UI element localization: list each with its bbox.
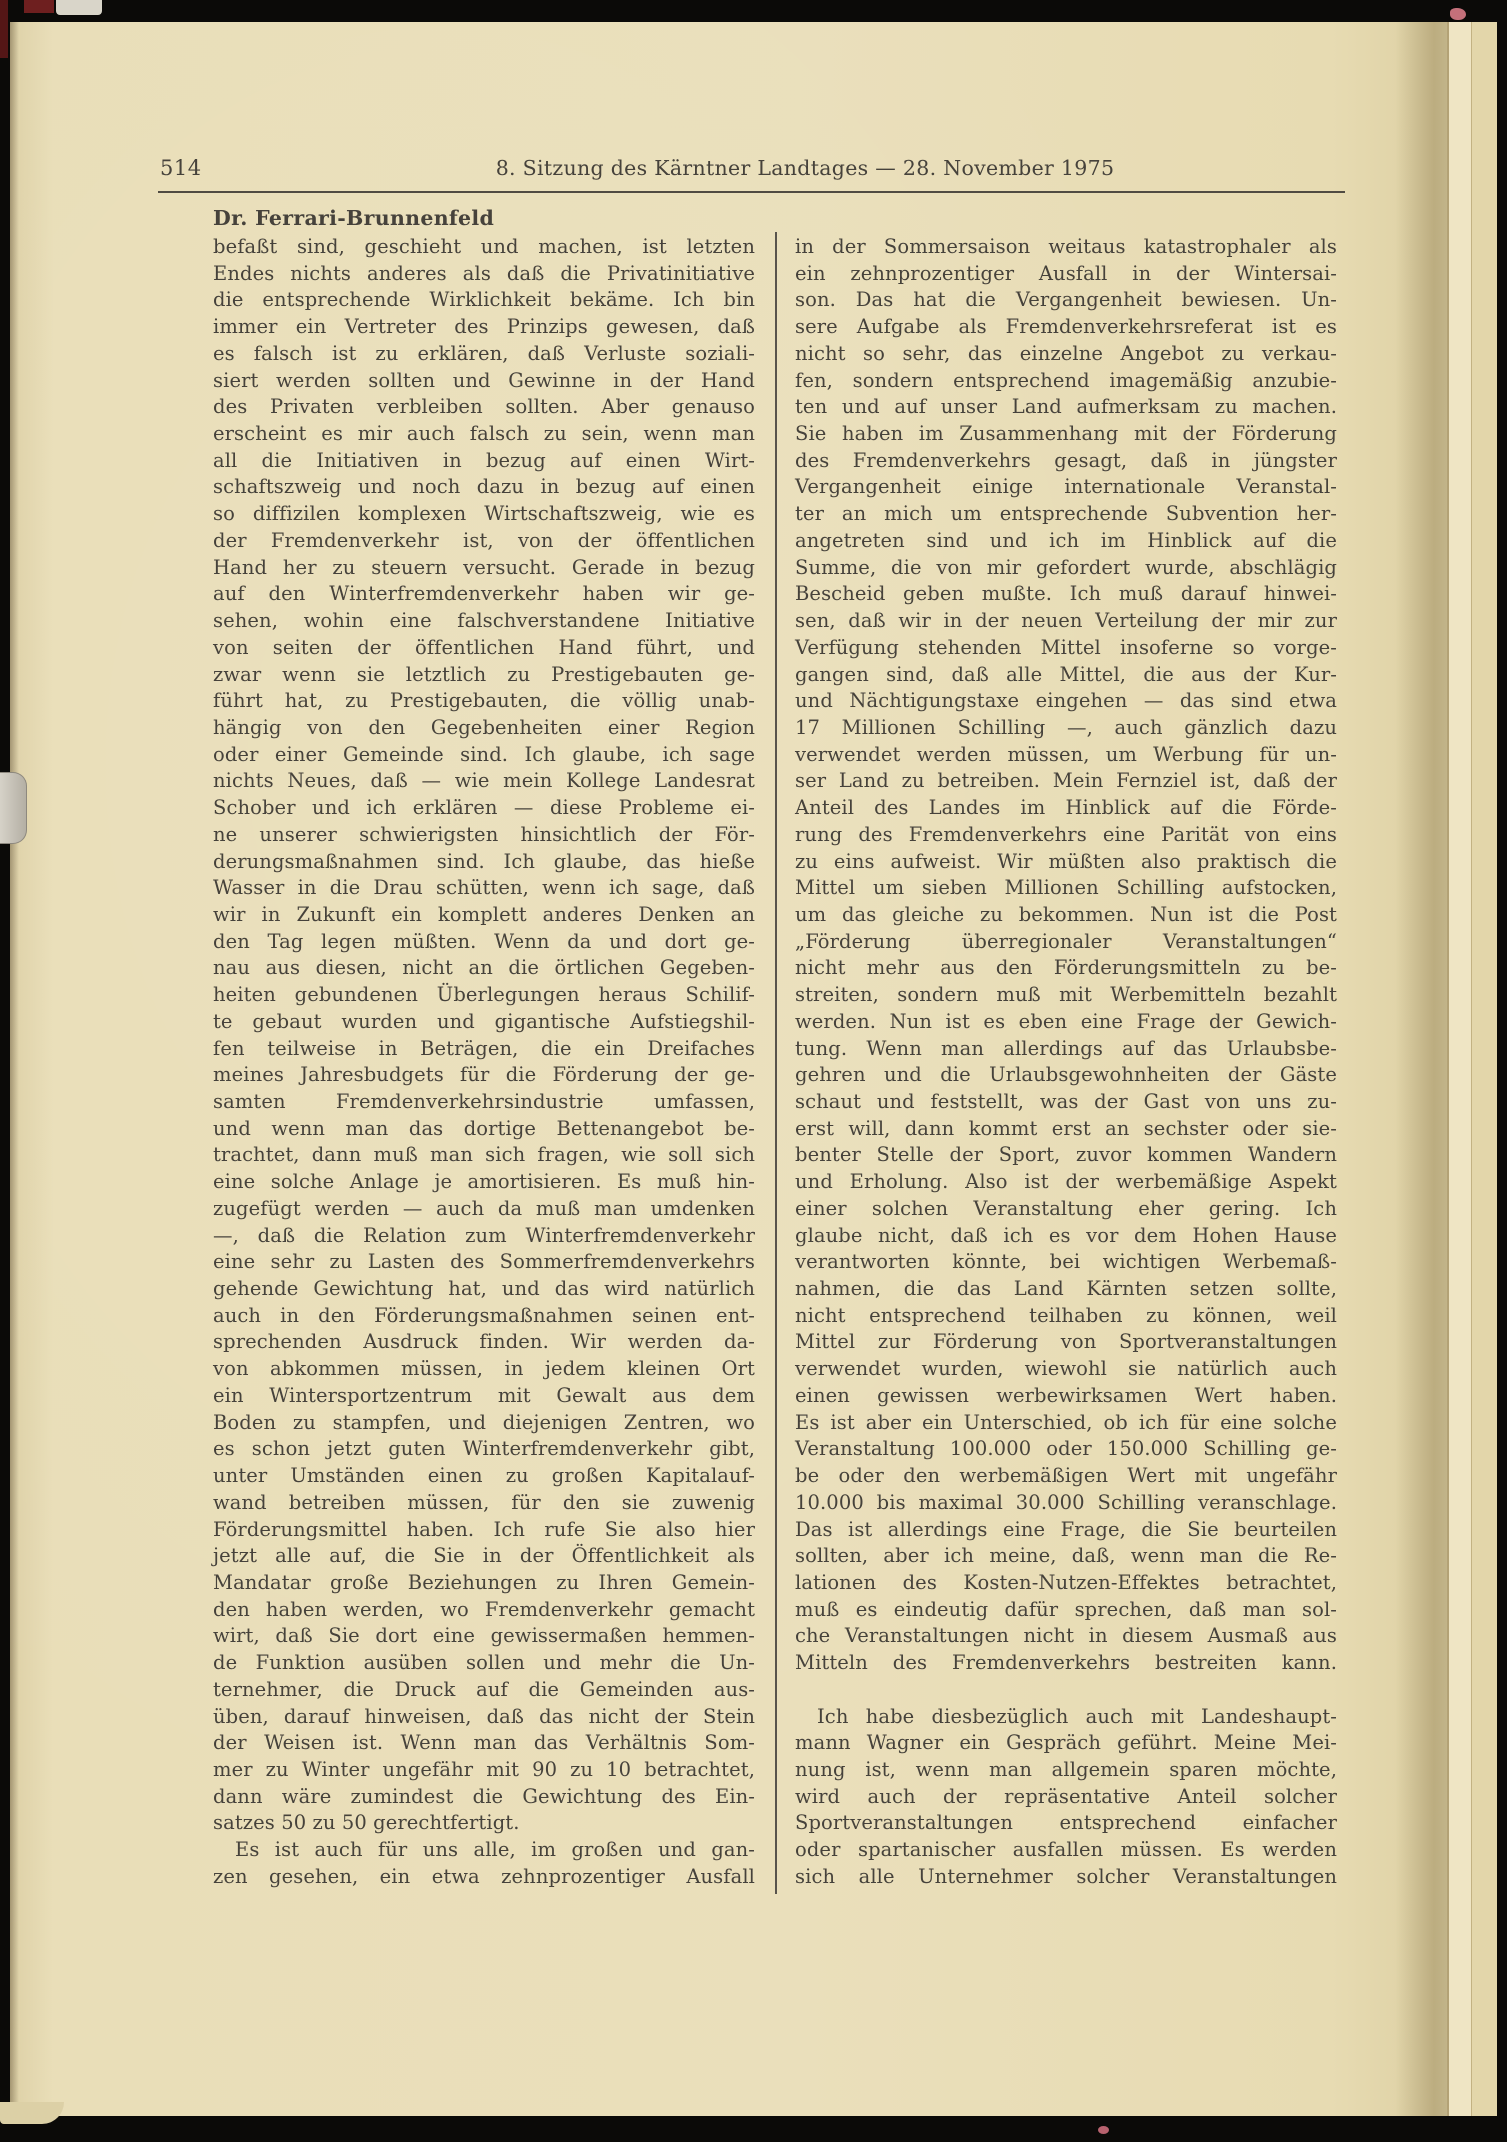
text-line: sprechenden Ausdruck finden. Wir werden … — [213, 1329, 755, 1356]
text-line: nicht entsprechend teilhaben zu können, … — [795, 1303, 1337, 1330]
text-line: wand betreiben müssen, für den sie zuwen… — [213, 1490, 755, 1517]
text-line: auf den Winterfremdenverkehr haben wir g… — [213, 581, 755, 608]
text-line: sollten, aber ich meine, daß, wenn man d… — [795, 1543, 1337, 1570]
text-line: nicht so sehr, das einzelne Angebot zu v… — [795, 341, 1337, 368]
text-line: mer zu Winter ungefähr mit 90 zu 10 betr… — [213, 1757, 755, 1784]
text-line: ne unserer schwierigsten hinsichtlich de… — [213, 822, 755, 849]
text-line: und Erholung. Also ist der werbemäßige A… — [795, 1169, 1337, 1196]
text-line: nung ist, wenn man allgemein sparen möch… — [795, 1757, 1337, 1784]
text-line: so diffizilen komplexen Wirtschaftszweig… — [213, 501, 755, 528]
text-line: „Förderung überregionaler Veranstaltunge… — [795, 929, 1337, 956]
page-edge-stack — [1447, 0, 1473, 2142]
text-line: wirt, daß Sie dort eine gewissermaßen he… — [213, 1623, 755, 1650]
text-line: derungsmaßnahmen sind. Ich glaube, das h… — [213, 849, 755, 876]
text-line: be oder den werbemäßigen Wert mit ungefä… — [795, 1463, 1337, 1490]
text-line: einen gewissen werbewirksamen Wert haben… — [795, 1383, 1337, 1410]
scan-background-bottom — [0, 2116, 1507, 2142]
text-line: den haben werden, wo Fremdenverkehr gema… — [213, 1597, 755, 1624]
text-line: gehende Gewichtung hat, und das wird nat… — [213, 1276, 755, 1303]
column-divider — [775, 232, 777, 1894]
text-line: oder einer Gemeinde sind. Ich glaube, ic… — [213, 742, 755, 769]
text-line: wir in Zukunft ein komplett anderes Denk… — [213, 902, 755, 929]
text-line: Schober und ich erklären — diese Problem… — [213, 795, 755, 822]
text-line: all die Initiativen in bezug auf einen W… — [213, 448, 755, 475]
text-line: führt hat, zu Prestigebauten, die völlig… — [213, 688, 755, 715]
text-line: nahmen, die das Land Kärnten setzen soll… — [795, 1276, 1337, 1303]
text-line: te gebaut wurden und gigantische Aufstie… — [213, 1009, 755, 1036]
text-line: meines Jahresbudgets für die Förderung d… — [213, 1062, 755, 1089]
text-line: ter an mich um entsprechende Subvention … — [795, 501, 1337, 528]
text-line: erst will, dann kommt erst an sechster o… — [795, 1116, 1337, 1143]
text-line: angetreten sind und ich im Hinblick auf … — [795, 528, 1337, 555]
text-line: dann wäre zumindest die Gewichtung des E… — [213, 1784, 755, 1811]
text-line: streiten, sondern muß mit Werbemitteln b… — [795, 982, 1337, 1009]
text-line: Bescheid geben mußte. Ich muß darauf hin… — [795, 581, 1337, 608]
text-line: zen gesehen, ein etwa zehnprozentiger Au… — [213, 1864, 755, 1891]
text-line: Mandatar große Beziehungen zu Ihren Geme… — [213, 1570, 755, 1597]
text-line: Sportveranstaltungen entsprechend einfac… — [795, 1810, 1337, 1837]
binding-clip — [0, 772, 27, 844]
text-line: in der Sommersaison weitaus katastrophal… — [795, 234, 1337, 261]
text-line: Endes nichts anderes als daß die Privati… — [213, 261, 755, 288]
text-line: unter Umständen einen zu großen Kapitala… — [213, 1463, 755, 1490]
text-line: ser Land zu betreiben. Mein Fernziel ist… — [795, 768, 1337, 795]
text-line: ten und auf unser Land aufmerksam zu mac… — [795, 394, 1337, 421]
text-line: Summe, die von mir gefordert wurde, absc… — [795, 555, 1337, 582]
text-line: benter Stelle der Sport, zuvor kommen Wa… — [795, 1142, 1337, 1169]
paper-speck — [1098, 2126, 1109, 2134]
text-line: gehren und die Urlaubsgewohnheiten der G… — [795, 1062, 1337, 1089]
scan-background-top — [0, 0, 1507, 22]
text-line: tung. Wenn man allerdings auf das Urlaub… — [795, 1036, 1337, 1063]
text-line: Ich habe diesbezüglich auch mit Landesha… — [795, 1704, 1337, 1731]
session-header: 8. Sitzung des Kärntner Landtages — 28. … — [485, 156, 1125, 180]
text-line: nicht mehr aus den Förderungsmitteln zu … — [795, 955, 1337, 982]
text-line: Förderungsmittel haben. Ich rufe Sie als… — [213, 1517, 755, 1544]
text-line: siert werden sollten und Gewinne in der … — [213, 368, 755, 395]
text-line: den Tag legen müßten. Wenn da und dort g… — [213, 929, 755, 956]
text-line: zugefügt werden — auch da muß man umdenk… — [213, 1196, 755, 1223]
paper-speck — [1450, 8, 1466, 20]
text-line: heiten gebundenen Überlegungen heraus Sc… — [213, 982, 755, 1009]
text-line: Es ist auch für uns alle, im großen und … — [213, 1837, 755, 1864]
text-line: verwendet wurden, wiewohl sie natürlich … — [795, 1356, 1337, 1383]
binding-edge-fragment — [0, 0, 8, 58]
text-line: schaut und feststellt, was der Gast von … — [795, 1089, 1337, 1116]
text-line: die entsprechende Wirklichkeit bekäme. I… — [213, 287, 755, 314]
text-line: rung des Fremdenverkehrs eine Parität vo… — [795, 822, 1337, 849]
text-line: de Funktion ausüben sollen und mehr die … — [213, 1650, 755, 1677]
text-line: wird auch der repräsentative Anteil solc… — [795, 1784, 1337, 1811]
text-line: von abkommen müssen, in jedem kleinen Or… — [213, 1356, 755, 1383]
text-line: Anteil des Landes im Hinblick auf die Fö… — [795, 795, 1337, 822]
text-line: trachtet, dann muß man sich fragen, wie … — [213, 1142, 755, 1169]
text-line: ternehmer, die Druck auf die Gemeinden a… — [213, 1677, 755, 1704]
text-line: auch in den Förderungsmaßnahmen seinen e… — [213, 1303, 755, 1330]
text-line: hängig von den Gegebenheiten einer Regio… — [213, 715, 755, 742]
scanned-page: 514 8. Sitzung des Kärntner Landtages — … — [10, 22, 1447, 2142]
text-line: zwar wenn sie letztlich zu Prestigebaute… — [213, 662, 755, 689]
text-line: sen, daß wir in der neuen Verteilung der… — [795, 608, 1337, 635]
text-line: Wasser in die Drau schütten, wenn ich sa… — [213, 875, 755, 902]
text-line: zu eins aufweist. Wir müßten also prakti… — [795, 849, 1337, 876]
text-line: und wenn man das dortige Bettenangebot b… — [213, 1116, 755, 1143]
text-line: jetzt alle auf, die Sie in der Öffentlic… — [213, 1543, 755, 1570]
text-line: glaube nicht, daß ich es vor dem Hohen H… — [795, 1223, 1337, 1250]
text-line: ein zehnprozentiger Ausfall in der Winte… — [795, 261, 1337, 288]
text-line: 10.000 bis maximal 30.000 Schilling vera… — [795, 1490, 1337, 1517]
paper-left-shadow — [10, 22, 19, 2142]
text-line: eine sehr zu Lasten des Sommerfremdenver… — [213, 1249, 755, 1276]
page-number: 514 — [160, 156, 202, 180]
text-line: Mittel um sieben Millionen Schilling auf… — [795, 875, 1337, 902]
text-line: gangen sind, daß alle Mittel, die aus de… — [795, 662, 1337, 689]
text-line: mann Wagner ein Gespräch geführt. Meine … — [795, 1730, 1337, 1757]
text-line: sehen, wohin eine falschverstandene Init… — [213, 608, 755, 635]
text-line: fen teilweise in Beträgen, die ein Dreif… — [213, 1036, 755, 1063]
text-line: Veranstaltung 100.000 oder 150.000 Schil… — [795, 1436, 1337, 1463]
scan-background-right — [1497, 0, 1507, 2142]
text-line: des Privaten verbleiben sollten. Aber ge… — [213, 394, 755, 421]
text-line: Vergangenheit einige internationale Vera… — [795, 474, 1337, 501]
text-line: ein Wintersportzentrum mit Gewalt aus de… — [213, 1383, 755, 1410]
text-line: immer ein Vertreter des Prinzips gewesen… — [213, 314, 755, 341]
speaker-name: Dr. Ferrari-Brunnenfeld — [213, 206, 494, 230]
text-line: der Fremdenverkehr ist, von der öffentli… — [213, 528, 755, 555]
text-line: verantworten könnte, bei wichtigen Werbe… — [795, 1249, 1337, 1276]
text-line: sich alle Unternehmer solcher Veranstalt… — [795, 1864, 1337, 1891]
text-line: fen, sondern entsprechend imagemäßig anz… — [795, 368, 1337, 395]
header-rule — [158, 191, 1345, 193]
text-line: Boden zu stampfen, und diejenigen Zentre… — [213, 1410, 755, 1437]
text-line: oder spartanischer ausfallen müssen. Es … — [795, 1837, 1337, 1864]
text-line: verwendet werden müssen, um Werbung für … — [795, 742, 1337, 769]
text-line: Es ist aber ein Unterschied, ob ich für … — [795, 1410, 1337, 1437]
text-line: muß es eindeutig dafür sprechen, daß man… — [795, 1597, 1337, 1624]
text-line: und Nächtigungstaxe eingehen — das sind … — [795, 688, 1337, 715]
text-line: Mitteln des Fremdenverkehrs bestreiten k… — [795, 1650, 1337, 1677]
text-line: erscheint es mir auch falsch zu sein, we… — [213, 421, 755, 448]
text-line: einer solchen Veranstaltung eher gering.… — [795, 1196, 1337, 1223]
left-column: befaßt sind, geschieht und machen, ist l… — [213, 234, 755, 1891]
binding-edge-fragment — [24, 0, 54, 13]
text-line: samten Fremdenverkehrsindustrie umfassen… — [213, 1089, 755, 1116]
text-line: Verfügung stehenden Mittel insoferne so … — [795, 635, 1337, 662]
text-line: eine solche Anlage je amortisieren. Es m… — [213, 1169, 755, 1196]
text-line: sere Aufgabe als Fremdenverkehrsreferat … — [795, 314, 1337, 341]
text-line: lationen des Kosten-Nutzen-Effektes betr… — [795, 1570, 1337, 1597]
text-line: Hand her zu steuern versucht. Gerade in … — [213, 555, 755, 582]
text-line: der Weisen ist. Wenn man das Verhältnis … — [213, 1730, 755, 1757]
text-line: es schon jetzt guten Winterfremdenverkeh… — [213, 1436, 755, 1463]
text-line: befaßt sind, geschieht und machen, ist l… — [213, 234, 755, 261]
paper-tab-fragment — [56, 0, 102, 15]
text-line: werden. Nun ist es eben eine Frage der G… — [795, 1009, 1337, 1036]
page-fold-shadow — [1395, 22, 1447, 2142]
text-line: Sie haben im Zusammenhang mit der Förder… — [795, 421, 1337, 448]
text-line: schaftszweig und noch dazu in bezug auf … — [213, 474, 755, 501]
text-line: üben, darauf hinweisen, daß das nicht de… — [213, 1704, 755, 1731]
text-line: Mittel zur Förderung von Sportveranstalt… — [795, 1329, 1337, 1356]
text-line: des Fremdenverkehrs gesagt, daß in jüngs… — [795, 448, 1337, 475]
text-line: Das ist allerdings eine Frage, die Sie b… — [795, 1517, 1337, 1544]
text-line: 17 Millionen Schilling —, auch gänzlich … — [795, 715, 1337, 742]
text-line: nichts Neues, daß — wie mein Kollege Lan… — [213, 768, 755, 795]
page-edge-stack — [1471, 0, 1498, 2142]
text-line: um das gleiche zu bekommen. Nun ist die … — [795, 902, 1337, 929]
text-line: —, daß die Relation zum Winterfremdenver… — [213, 1223, 755, 1250]
text-line: che Veranstaltungen nicht in diesem Ausm… — [795, 1623, 1337, 1650]
text-line: es falsch ist zu erklären, daß Verluste … — [213, 341, 755, 368]
right-column: in der Sommersaison weitaus katastrophal… — [795, 234, 1337, 1891]
text-line: son. Das hat die Vergangenheit bewiesen.… — [795, 287, 1337, 314]
text-line: von seiten der öffentlichen Hand führt, … — [213, 635, 755, 662]
text-line: nau aus diesen, nicht an die örtlichen G… — [213, 955, 755, 982]
text-line: satzes 50 zu 50 gerechtfertigt. — [213, 1810, 755, 1837]
